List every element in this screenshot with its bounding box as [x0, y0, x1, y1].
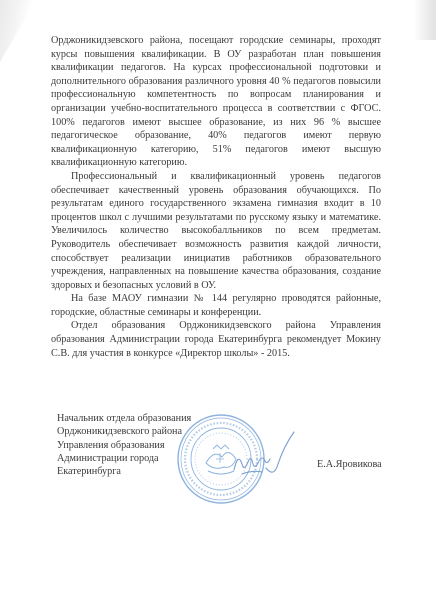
scanned-letter-page: Орджоникидзевского района, посещают горо… [0, 0, 436, 600]
signatory-title-line: Начальник отдела образования [57, 412, 191, 425]
signatory-title-line: Администрации города [57, 452, 191, 465]
paragraph-3: На базе МАОУ гимназии № 144 регулярно пр… [51, 292, 381, 319]
paragraph-4: Отдел образования Орджоникидзевского рай… [51, 319, 381, 360]
scan-corner-shadow-right [414, 0, 436, 40]
letter-body: Орджоникидзевского района, посещают горо… [51, 34, 381, 360]
paragraph-2: Профессиональный и квалификационный уров… [51, 170, 381, 292]
signatory-title-line: Управления образования [57, 439, 191, 452]
signer-name: Е.А.Яровикова [317, 459, 382, 470]
scan-corner-shadow-left [0, 0, 36, 62]
signatory-title-line: Екатеринбурга [57, 465, 191, 478]
signatory-title-line: Орджоникидзевского района [57, 425, 191, 438]
signatory-title-block: Начальник отдела образования Орджоникидз… [57, 412, 191, 478]
handwritten-signature-icon [230, 430, 295, 485]
paragraph-1: Орджоникидзевского района, посещают горо… [51, 34, 381, 170]
